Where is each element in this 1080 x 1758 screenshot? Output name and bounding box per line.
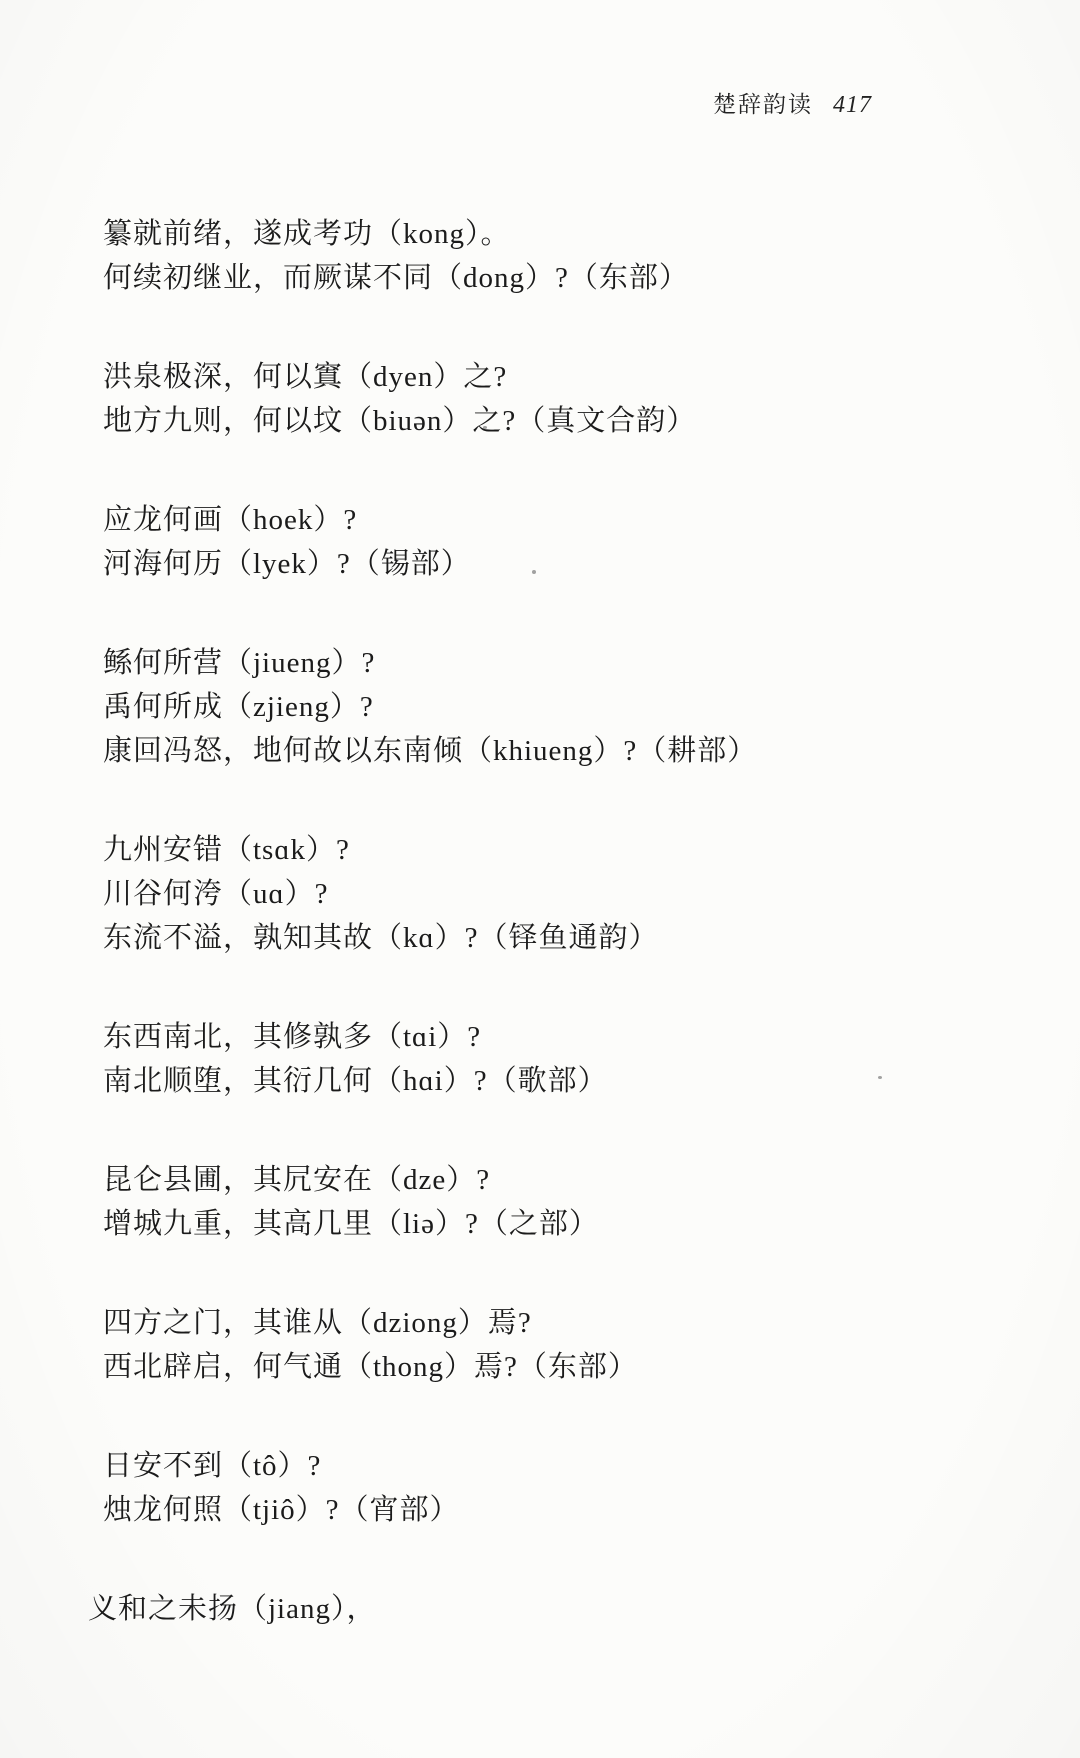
verse-stanza: 鲧何所营（jiueng）?禹何所成（zjieng）?康回冯怒，地何故以东南倾（k… — [103, 641, 1020, 773]
book-title: 楚辞韵读 — [713, 92, 813, 117]
scan-speck — [532, 570, 536, 574]
book-page: 楚辞韵读417 纂就前绪，遂成考功（kong）。何续初继业，而厥谋不同（dong… — [0, 0, 1080, 1758]
verse-stanza: 应龙何画（hoek）?河海何历（lyek）?（锡部） — [103, 498, 1020, 586]
verse-line: 增城九重，其高几里（liə）?（之部） — [103, 1202, 1020, 1246]
scan-speck — [878, 1076, 882, 1079]
verse-line: 地方九则，何以坟（biuən）之?（真文合韵） — [103, 399, 1020, 443]
verse-line: 河海何历（lyek）?（锡部） — [103, 542, 1020, 586]
verse-line: 九州安错（tsɑk）? — [103, 828, 1020, 872]
verse-line: 西北辟启，何气通（thong）焉?（东部） — [103, 1345, 1020, 1389]
verse-stanza: 纂就前绪，遂成考功（kong）。何续初继业，而厥谋不同（dong）?（东部） — [103, 212, 1020, 300]
verse-line: 日安不到（tô）? — [103, 1444, 1020, 1488]
verse-stanza: 九州安错（tsɑk）?川谷何洿（uɑ）?东流不溢，孰知其故（kɑ）?（铎鱼通韵） — [103, 828, 1020, 960]
verse-line: 川谷何洿（uɑ）? — [103, 872, 1020, 916]
verse-line: 东西南北，其修孰多（tɑi）? — [103, 1015, 1020, 1059]
verse-line: 康回冯怒，地何故以东南倾（khiueng）?（耕部） — [103, 729, 1020, 773]
verse-line: 应龙何画（hoek）? — [103, 498, 1020, 542]
verse-line: 纂就前绪，遂成考功（kong）。 — [103, 212, 1020, 256]
verse-stanza: 东西南北，其修孰多（tɑi）?南北顺堕，其衍几何（hɑi）?（歌部） — [103, 1015, 1020, 1103]
verse-line: 何续初继业，而厥谋不同（dong）?（东部） — [103, 256, 1020, 300]
page-number: 417 — [833, 92, 872, 118]
verse-stanza: 洪泉极深，何以窴（dyen）之?地方九则，何以坟（biuən）之?（真文合韵） — [103, 355, 1020, 443]
scan-speck — [483, 426, 487, 429]
verse-line: 洪泉极深，何以窴（dyen）之? — [103, 355, 1020, 399]
verse-line: 东流不溢，孰知其故（kɑ）?（铎鱼通韵） — [103, 916, 1020, 960]
verse-line: 四方之门，其谁从（dziong）焉? — [103, 1301, 1020, 1345]
verse-line: 昆仑县圃，其凥安在（dze）? — [103, 1158, 1020, 1202]
verse-stanza: 四方之门，其谁从（dziong）焉?西北辟启，何气通（thong）焉?（东部） — [103, 1301, 1020, 1389]
verse-line: 鲧何所营（jiueng）? — [103, 641, 1020, 685]
verse-stanza: 日安不到（tô）?烛龙何照（tjiô）?（宵部） — [103, 1444, 1020, 1532]
running-header: 楚辞韵读417 — [713, 86, 872, 119]
verse-stanza: 昆仑县圃，其凥安在（dze）?增城九重，其高几里（liə）?（之部） — [103, 1158, 1020, 1246]
verse-line: 义和之未扬（jiang）， — [88, 1587, 1020, 1631]
verse-line: 烛龙何照（tjiô）?（宵部） — [103, 1488, 1020, 1532]
verse-content: 纂就前绪，遂成考功（kong）。何续初继业，而厥谋不同（dong）?（东部）洪泉… — [103, 212, 1020, 1686]
verse-line: 南北顺堕，其衍几何（hɑi）?（歌部） — [103, 1059, 1020, 1103]
verse-line: 禹何所成（zjieng）? — [103, 685, 1020, 729]
verse-stanza: 义和之未扬（jiang）， — [88, 1587, 1020, 1631]
